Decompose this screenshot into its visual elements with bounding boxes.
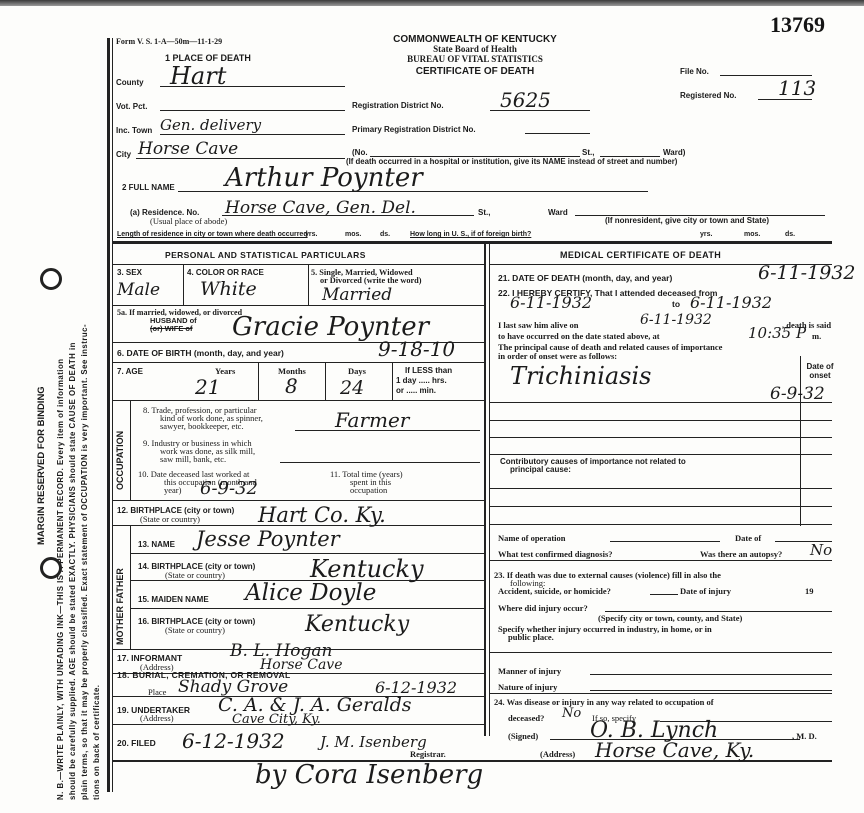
age-divider [325, 362, 326, 400]
father-bp-value[interactable]: Kentucky [310, 555, 424, 583]
residence-st-label: St., [478, 208, 490, 217]
race-value[interactable]: White [200, 278, 257, 300]
nature-label: Nature of injury [498, 682, 557, 692]
signed-label: (Signed) [508, 731, 538, 741]
row-line [130, 553, 484, 554]
mother-bp-label-2: (State or country) [165, 625, 225, 635]
occupation-question-2: deceased? [508, 713, 544, 723]
primary-reg-label: Primary Registration District No. [352, 125, 476, 134]
residence-value[interactable]: Horse Cave, Gen. Del. [225, 198, 416, 218]
binding-hole-icon [40, 557, 62, 579]
operation-line [610, 541, 720, 542]
contributory-line [490, 488, 832, 489]
autopsy-value[interactable]: No [810, 541, 832, 559]
accident-line [650, 594, 678, 595]
reg-district-label: Registration District No. [352, 101, 444, 110]
attended-to-label: to [672, 299, 680, 309]
cause-line [490, 420, 832, 421]
injury-date-label: Date of injury [680, 586, 731, 596]
binding-hole-icon [40, 268, 62, 290]
row-line [490, 560, 832, 561]
foreign-mos-label: mos. [744, 231, 760, 238]
primary-reg-line [525, 133, 590, 134]
county-label: County [116, 78, 144, 87]
row-line [112, 362, 484, 363]
father-bp-label-2: (State or country) [165, 570, 225, 580]
m-label: m. [812, 331, 821, 341]
last-worked-label-3: year) [164, 485, 181, 495]
personal-heading: PERSONAL AND STATISTICAL PARTICULARS [165, 250, 366, 260]
row-line [490, 652, 832, 653]
race-divider [308, 264, 309, 306]
dod-value[interactable]: 6-11-1932 [758, 262, 855, 284]
mother-name-label: 15. MAIDEN NAME [138, 595, 209, 604]
age-months-value[interactable]: 8 [285, 374, 298, 398]
scan-top-edge [0, 0, 864, 6]
attended-to-value[interactable]: 6-11-1932 [690, 293, 772, 312]
ward-label: Ward) [663, 148, 685, 157]
row-line [112, 525, 484, 526]
margin-instruction-1: N. B.—WRITE PLAINLY, WITH UNFADING INK—T… [56, 359, 65, 801]
occupation-answer[interactable]: No [562, 706, 581, 721]
dob-value[interactable]: 9-18-10 [378, 337, 455, 361]
birthplace-label-2: (State or country) [140, 514, 200, 524]
medical-heading: MEDICAL CERTIFICATE OF DEATH [560, 250, 721, 260]
title-board: State Board of Health [350, 45, 600, 54]
margin-instruction-2: should be carefully supplied. AGE should… [68, 342, 77, 800]
filed-date-value[interactable]: 6-12-1932 [182, 729, 285, 753]
contributory-line [490, 506, 832, 507]
sex-value[interactable]: Male [117, 280, 160, 300]
less-than-label-1: If LESS than [405, 366, 452, 375]
registrar-label: Registrar. [410, 749, 446, 759]
race-label: 4. COLOR OR RACE [187, 268, 264, 277]
file-no-label: File No. [680, 67, 709, 76]
row-line [112, 500, 484, 501]
md-label: , M. D. [792, 731, 817, 741]
cause-line [490, 454, 832, 455]
marital-value[interactable]: Married [322, 285, 392, 305]
inc-town-line [160, 134, 345, 135]
section-divider [112, 241, 832, 244]
operation-label: Name of operation [498, 533, 566, 543]
age-days-label: Days [348, 366, 366, 376]
total-time-label-3: occupation [350, 485, 387, 495]
age-label: 7. AGE [117, 367, 143, 376]
stamp-number: 13769 [770, 12, 825, 38]
physician-address[interactable]: Horse Cave, Ky. [595, 738, 754, 762]
parents-side-label: MOTHER FATHER [115, 568, 125, 645]
last-saw-label: I last saw him alive on [498, 320, 579, 330]
inc-town-value[interactable]: Gen. delivery [160, 116, 261, 134]
contributory-label-2: principal cause: [510, 465, 571, 474]
injury-year-label: 19 [805, 586, 814, 596]
registered-no-value[interactable]: 113 [778, 76, 816, 100]
sex-label: 3. SEX [117, 268, 142, 277]
occupation-side-label: OCCUPATION [115, 431, 125, 490]
test-label: What test confirmed diagnosis? [498, 549, 613, 559]
dod-label: 21. DATE OF DEATH (month, day, and year) [498, 273, 672, 283]
residence-ward-label: Ward [548, 208, 568, 217]
time-value[interactable]: 10:35 P [748, 324, 806, 342]
onset-label: Date of onset [806, 362, 834, 380]
trade-value[interactable]: Farmer [335, 408, 409, 432]
industry-line [280, 462, 480, 463]
foreign-yrs-label: yrs. [700, 231, 712, 238]
title-cert: CERTIFICATE OF DEATH [350, 66, 600, 77]
less-than-label-2: 1 day ..... hrs. [396, 376, 447, 385]
industry-label-3: saw mill, bank, etc. [160, 454, 226, 464]
form-code: Form V. S. 1-A—50m—11-1-29 [116, 37, 222, 46]
parents-divider [130, 525, 131, 649]
occurred-label: to have occurred on the date stated abov… [498, 331, 660, 341]
no-label: (No. [352, 148, 368, 157]
margin-instruction-4: tions on back of certificate. [92, 685, 101, 800]
less-than-label-3: or ..... min. [396, 386, 436, 395]
mother-name-value[interactable]: Alice Doyle [245, 580, 376, 606]
left-margin: MARGIN RESERVED FOR BINDING N. B.—WRITE … [2, 40, 108, 800]
marital-label-2: or Divorced (write the word) [320, 276, 422, 285]
trade-line [295, 430, 480, 431]
city-value[interactable]: Horse Cave [138, 139, 238, 159]
reg-district-value[interactable]: 5625 [500, 88, 551, 112]
birthplace-value[interactable]: Hart Co. Ky. [258, 503, 386, 527]
foreign-birth-label: How long in U. S., if of foreign birth? [410, 231, 531, 238]
mother-bp-value[interactable]: Kentucky [305, 612, 409, 637]
attended-from-value[interactable]: 6-11-1932 [510, 293, 592, 312]
row-line [130, 608, 484, 609]
row-line [112, 305, 484, 306]
sex-divider [183, 264, 184, 306]
form-left-border [107, 38, 110, 792]
inc-town-label: Inc. Town [116, 126, 152, 135]
age-divider [258, 362, 259, 400]
occupation-question-1: 24. Was disease or injury in any way rel… [494, 697, 714, 707]
spouse-label-3: (or) WIFE of [150, 324, 193, 333]
manner-line [590, 674, 832, 675]
title-bureau: BUREAU OF VITAL STATISTICS [350, 54, 600, 64]
date-of-label: Date of [735, 533, 761, 543]
age-days-value[interactable]: 24 [340, 377, 364, 399]
last-worked-value[interactable]: 6-9-32 [200, 478, 258, 499]
age-years-value[interactable]: 21 [195, 375, 220, 399]
column-divider [484, 244, 486, 736]
column-divider-inner [489, 244, 490, 736]
st-label: St., [582, 148, 594, 157]
dob-label: 6. DATE OF BIRTH (month, day, and year) [117, 348, 284, 358]
margin-binding-text: MARGIN RESERVED FOR BINDING [36, 386, 47, 545]
length-residence-label: Length of residence in city or town wher… [117, 231, 308, 238]
form-left-border-inner [112, 38, 113, 792]
registered-no-label: Registered No. [680, 91, 736, 100]
nonresident-note: (If nonresident, give city or town and S… [605, 216, 769, 225]
where-line [605, 611, 832, 612]
undertaker-sublabel: (Address) [140, 713, 174, 723]
cause-line [490, 402, 832, 403]
yrs-label: yrs. [305, 231, 317, 238]
onset-date-value[interactable]: 6-9-32 [770, 384, 825, 404]
contributory-line [490, 524, 832, 525]
row-line [112, 400, 484, 401]
trade-label-3: sawyer, bookkeeper, etc. [160, 421, 244, 431]
vot-pct-line [160, 110, 345, 111]
mos-label: mos. [345, 231, 361, 238]
residence-sublabel: (Usual place of abode) [150, 216, 227, 226]
cause-value[interactable]: Trichiniasis [510, 362, 651, 390]
where-sublabel: (Specify city or town, county, and State… [598, 613, 742, 623]
full-name-label: 2 FULL NAME [122, 183, 175, 192]
onset-column-divider [800, 356, 801, 526]
autopsy-label: Was there an autopsy? [700, 549, 782, 559]
nature-line [590, 690, 832, 691]
vot-pct-label: Vot. Pct. [116, 102, 147, 111]
last-saw-value[interactable]: 6-11-1932 [640, 312, 712, 328]
accident-label: Accident, suicide, or homicide? [498, 586, 611, 596]
principal-label-2: in order of onset were as follows: [498, 351, 617, 361]
age-divider [392, 362, 393, 400]
row-line [112, 724, 484, 725]
address-label: (Address) [540, 749, 575, 759]
manner-label: Manner of injury [498, 666, 561, 676]
cause-line [490, 437, 832, 438]
where-label: Where did injury occur? [498, 603, 588, 613]
father-name-value[interactable]: Jesse Poynter [196, 527, 340, 551]
occupation-divider [130, 400, 131, 500]
full-name-value[interactable]: Arthur Poynter [225, 163, 423, 193]
specify-label-2: public place. [508, 632, 554, 642]
filed-label: 20. FILED [117, 738, 156, 748]
certificate-title-block: COMMONWEALTH OF KENTUCKY State Board of … [350, 34, 600, 77]
margin-instruction-3: plain terms, so that it may be properly … [80, 324, 89, 800]
ds-label: ds. [380, 231, 390, 238]
county-value[interactable]: Hart [170, 62, 226, 90]
foreign-ds-label: ds. [785, 231, 795, 238]
deputy-signature[interactable]: by Cora Isenberg [255, 760, 483, 790]
city-label: City [116, 150, 131, 159]
row-line [490, 693, 832, 694]
personal-heading-line [112, 264, 484, 265]
father-name-label: 13. NAME [138, 540, 175, 549]
